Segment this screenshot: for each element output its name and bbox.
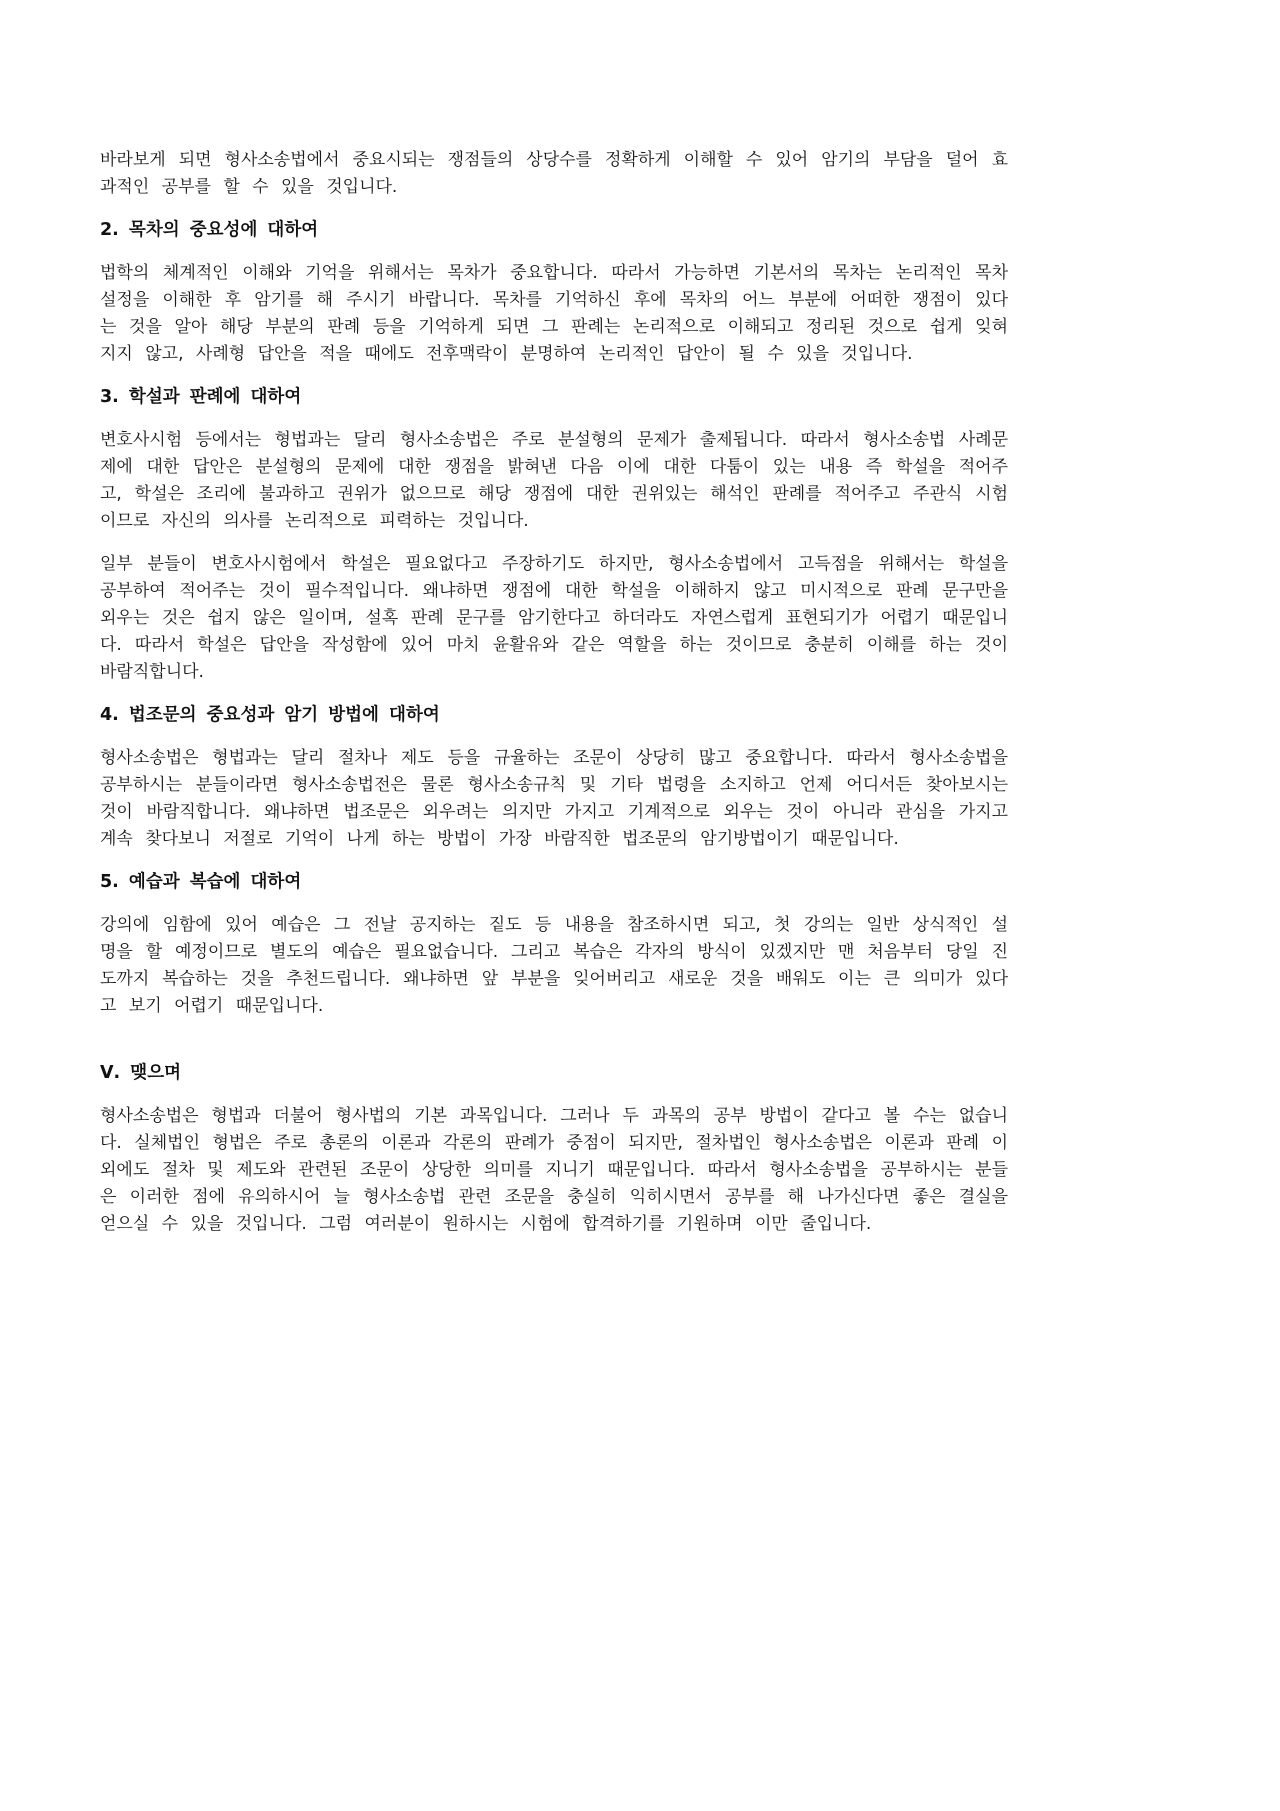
section-paragraph: 변호사시험 등에서는 형법과는 달리 형사소송법은 주로 분설형의 문제가 출제… xyxy=(100,427,1008,535)
closing-paragraph: 형사소송법은 형법과 더불어 형사법의 기본 과목입니다. 그러나 두 과목의 … xyxy=(100,1103,1008,1238)
section-heading-statutes-memorization: 4. 법조문의 중요성과 암기 방법에 대하여 xyxy=(100,702,1008,729)
section-paragraph: 형사소송법은 형법과는 달리 절차나 제도 등을 규율하는 조문이 상당히 많고… xyxy=(100,745,1008,853)
section-heading-preview-review: 5. 예습과 복습에 대하여 xyxy=(100,869,1008,896)
intro-paragraph: 바라보게 되면 형사소송법에서 중요시되는 쟁점들의 상당수를 정확하게 이해할… xyxy=(100,147,1008,201)
section-paragraph: 법학의 체계적인 이해와 기억을 위해서는 목차가 중요합니다. 따라서 가능하… xyxy=(100,260,1008,368)
section-heading-toc-importance: 2. 목차의 중요성에 대하여 xyxy=(100,217,1008,244)
section-heading-closing: Ⅴ. 맺으며 xyxy=(100,1060,1008,1087)
section-paragraph: 강의에 임함에 있어 예습은 그 전날 공지하는 짙도 등 내용을 참조하시면 … xyxy=(100,912,1008,1020)
document-page: 바라보게 되면 형사소송법에서 중요시되는 쟁점들의 상당수를 정확하게 이해할… xyxy=(100,0,1008,1254)
section-paragraph: 일부 분들이 변호사시험에서 학설은 필요없다고 주장하기도 하지만, 형사소송… xyxy=(100,551,1008,686)
section-heading-theories-precedents: 3. 학설과 판례에 대하여 xyxy=(100,384,1008,411)
